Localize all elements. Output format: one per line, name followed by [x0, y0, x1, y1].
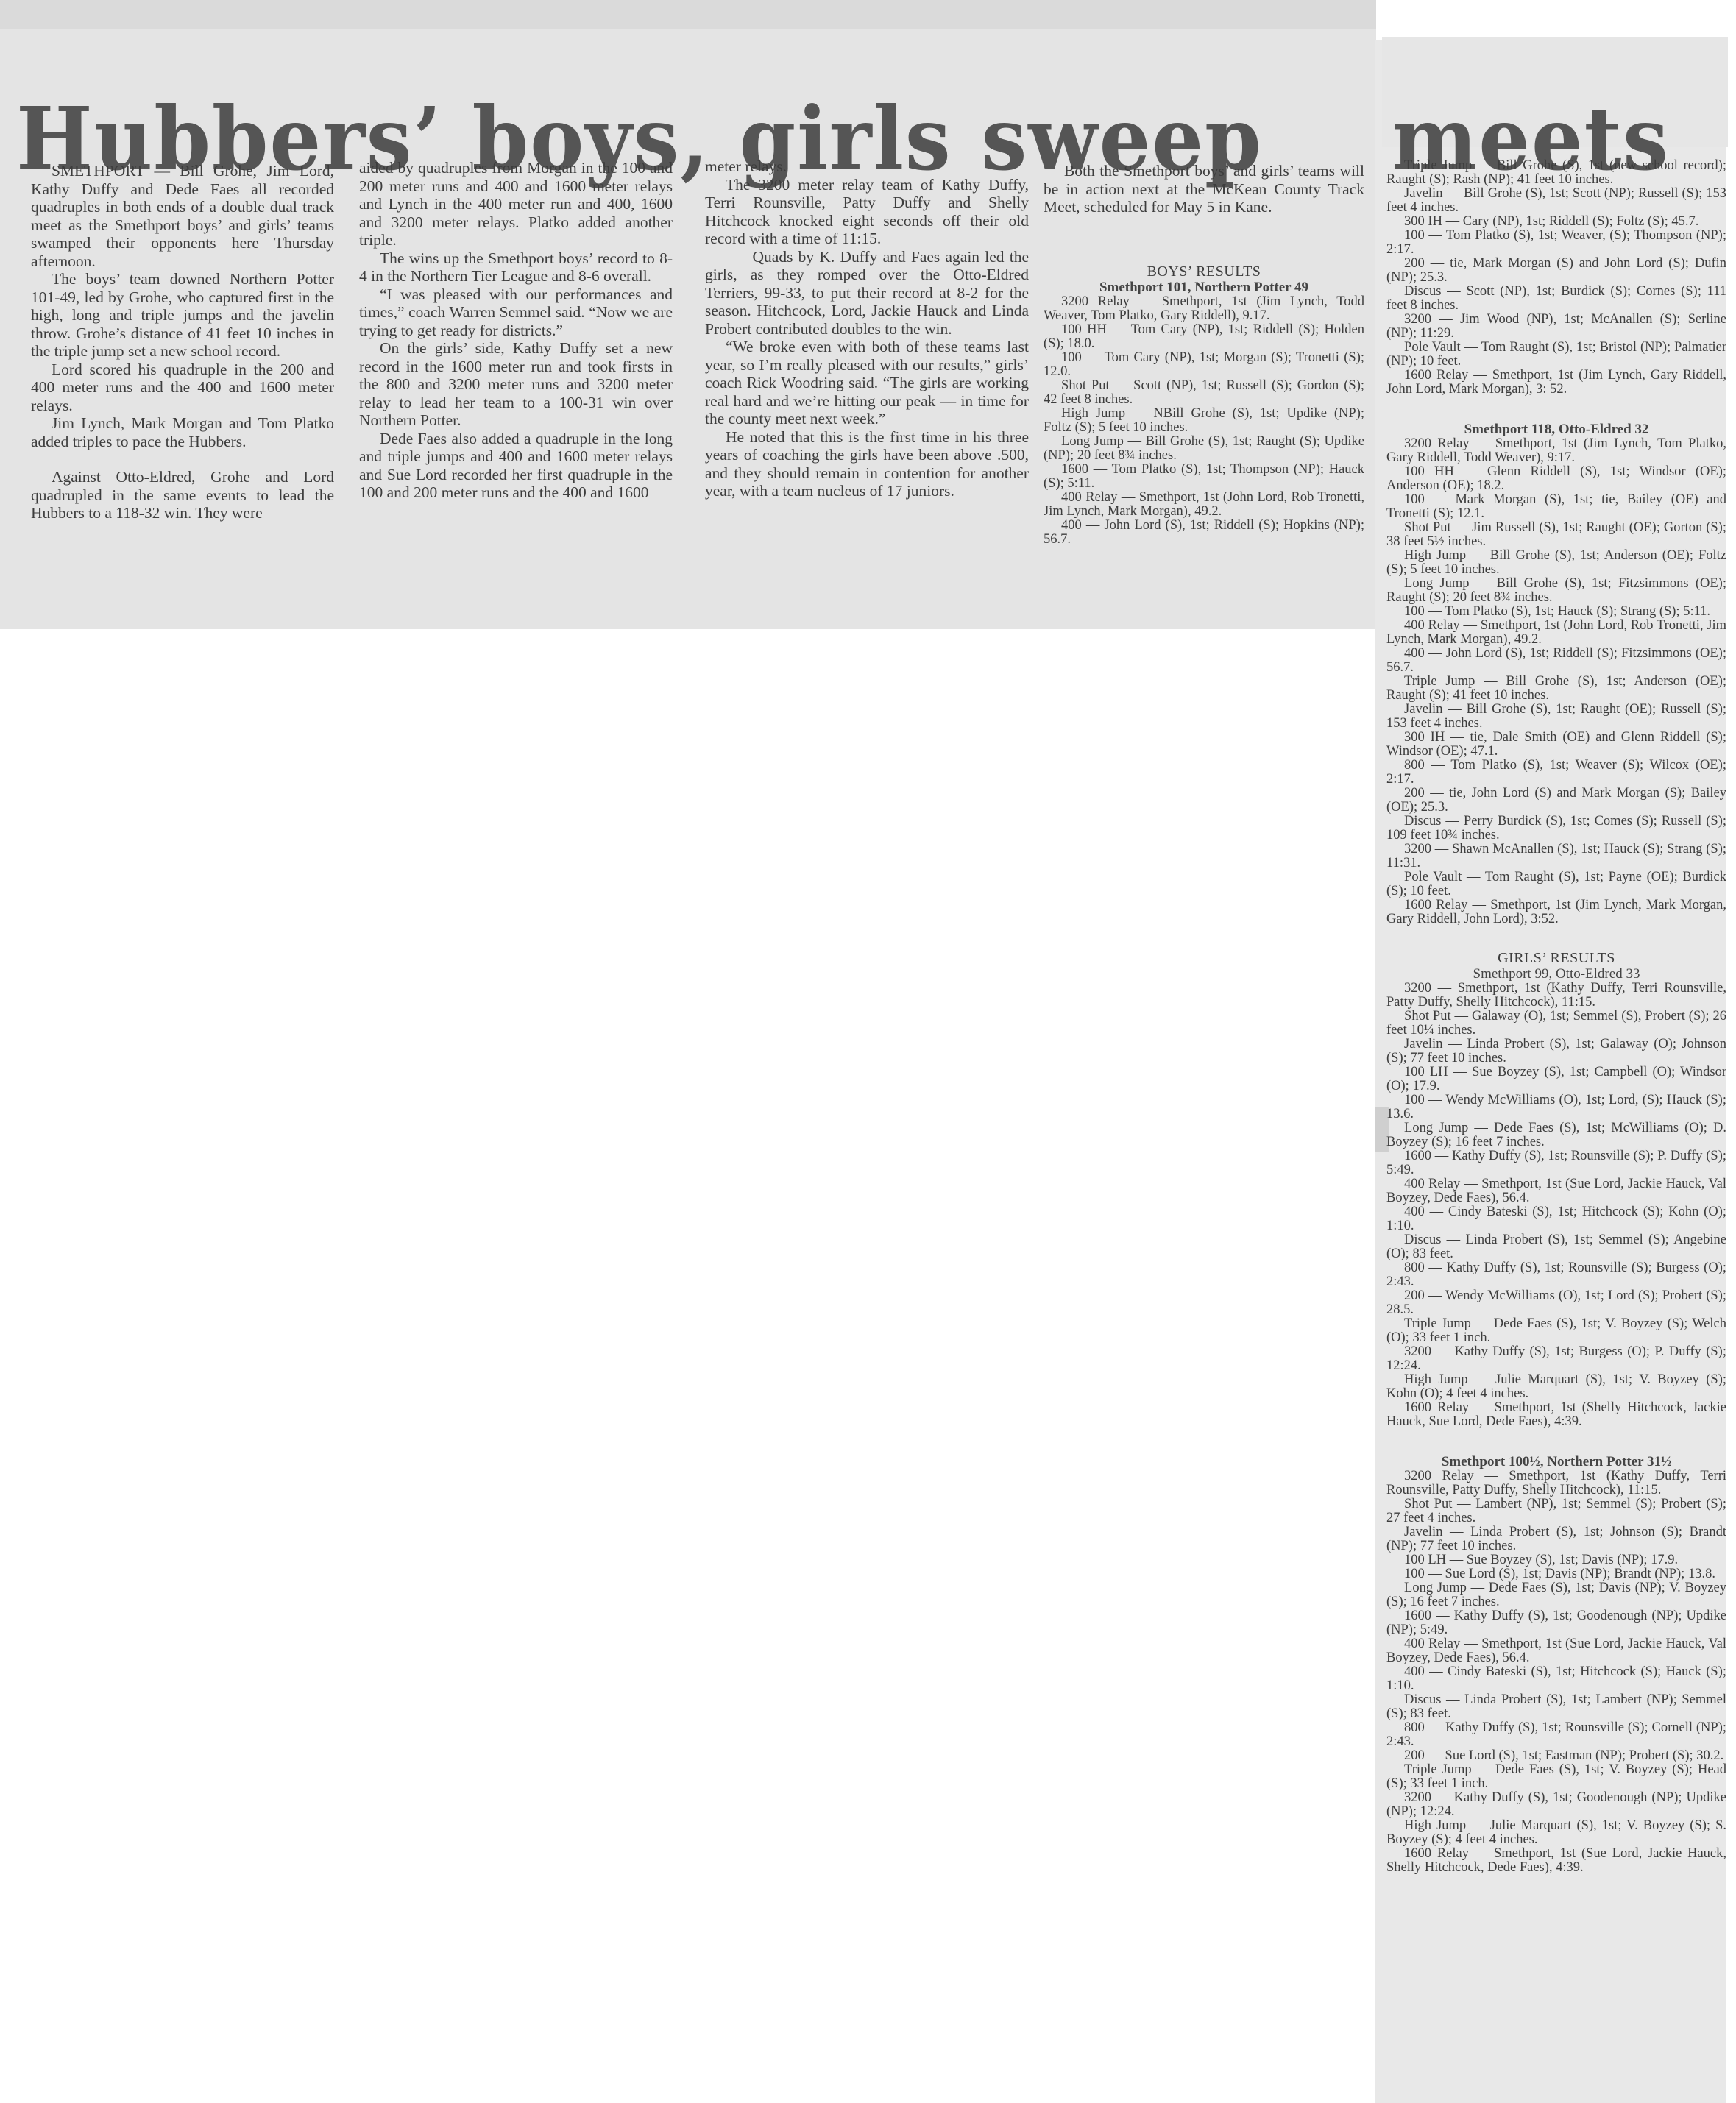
- story-column-3: meter relays. The 3200 meter relay team …: [705, 157, 1029, 500]
- result-line: 3200 — Shawn McAnallen (S), 1st; Hauck (…: [1386, 843, 1726, 870]
- story-paragraph: Quads by K. Duffy and Faes again led the…: [705, 248, 1029, 338]
- result-line: 100 — Tom Platko (S), 1st; Weaver, (S); …: [1386, 229, 1726, 257]
- result-line: 400 Relay — Smethport, 1st (John Lord, R…: [1044, 491, 1364, 519]
- story-paragraph: Dede Faes also added a quadruple in the …: [359, 430, 673, 502]
- result-line: 100 — Tom Cary (NP), 1st; Morgan (S); Tr…: [1044, 351, 1364, 379]
- result-line: 1600 Relay — Smethport, 1st (Jim Lynch, …: [1386, 369, 1726, 397]
- result-line: 400 Relay — Smethport, 1st (Sue Lord, Ja…: [1386, 1177, 1726, 1205]
- result-line: 100 LH — Sue Boyzey (S), 1st; Campbell (…: [1386, 1065, 1726, 1093]
- story-paragraph: Jim Lynch, Mark Morgan and Tom Platko ad…: [31, 414, 334, 450]
- result-line: 100 — Wendy McWilliams (O), 1st; Lord, (…: [1386, 1093, 1726, 1121]
- result-line: 400 — John Lord (S), 1st; Riddell (S); F…: [1386, 647, 1726, 675]
- story-paragraph: “We broke even with both of these teams …: [705, 338, 1029, 428]
- result-line: Shot Put — Scott (NP), 1st; Russell (S);…: [1044, 379, 1364, 407]
- meet-title: Smethport 101, Northern Potter 49: [1044, 280, 1364, 295]
- result-line: High Jump — NBill Grohe (S), 1st; Updike…: [1044, 407, 1364, 435]
- result-line: 100 HH — Glenn Riddell (S), 1st; Windsor…: [1386, 465, 1726, 493]
- result-line: Triple Jump — Bill Grohe (S), 1st (new s…: [1386, 159, 1726, 187]
- result-line: 3200 — Kathy Duffy (S), 1st; Burgess (O)…: [1386, 1345, 1726, 1373]
- story-column-4: Both the Smethport boys’ and girls’ team…: [1044, 162, 1364, 547]
- story-column-2: aided by quadruples from Morgan in the 1…: [359, 159, 673, 502]
- result-line: 1600 — Tom Platko (S), 1st; Thompson (NP…: [1044, 463, 1364, 491]
- result-line: Long Jump — Dede Faes (S), 1st; Davis (N…: [1386, 1581, 1726, 1609]
- result-line: 200 — tie, John Lord (S) and Mark Morgan…: [1386, 787, 1726, 815]
- result-line: Triple Jump — Bill Grohe (S), 1st; Ander…: [1386, 675, 1726, 703]
- result-line: 100 LH — Sue Boyzey (S), 1st; Davis (NP)…: [1386, 1553, 1726, 1567]
- story-paragraph: Lord scored his quadruple in the 200 and…: [31, 361, 334, 415]
- boys-results-heading: BOYS’ RESULTS: [1044, 263, 1364, 280]
- meet-title: Smethport 118, Otto-Eldred 32: [1386, 422, 1726, 437]
- result-line: High Jump — Julie Marquart (S), 1st; V. …: [1386, 1819, 1726, 1847]
- result-line: 1600 Relay — Smethport, 1st (Jim Lynch, …: [1386, 898, 1726, 926]
- result-line: 300 IH — Cary (NP), 1st; Riddell (S); Fo…: [1386, 215, 1726, 229]
- result-line: 800 — Tom Platko (S), 1st; Weaver (S); W…: [1386, 759, 1726, 787]
- story-paragraph: The 3200 meter relay team of Kathy Duffy…: [705, 176, 1029, 248]
- story-paragraph: “I was pleased with our performances and…: [359, 286, 673, 340]
- boys-results: BOYS’ RESULTS Smethport 101, Northern Po…: [1044, 263, 1364, 547]
- result-line: 3200 Relay — Smethport, 1st (Kathy Duffy…: [1386, 1469, 1726, 1497]
- result-line: 200 — Sue Lord (S), 1st; Eastman (NP); P…: [1386, 1749, 1726, 1763]
- result-line: Discus — Perry Burdick (S), 1st; Comes (…: [1386, 815, 1726, 843]
- result-line: 3200 — Jim Wood (NP), 1st; McAnallen (S)…: [1386, 313, 1726, 341]
- result-line: 3200 — Kathy Duffy (S), 1st; Goodenough …: [1386, 1791, 1726, 1819]
- meet-title: Smethport 99, Otto-Eldred 33: [1386, 966, 1726, 982]
- result-line: 400 Relay — Smethport, 1st (Sue Lord, Ja…: [1386, 1637, 1726, 1665]
- result-line: 1600 — Kathy Duffy (S), 1st; Goodenough …: [1386, 1609, 1726, 1637]
- result-line: Triple Jump — Dede Faes (S), 1st; V. Boy…: [1386, 1763, 1726, 1791]
- result-line: 100 — Mark Morgan (S), 1st; tie, Bailey …: [1386, 493, 1726, 521]
- result-line: Javelin — Linda Probert (S), 1st; Galawa…: [1386, 1038, 1726, 1065]
- result-line: Long Jump — Bill Grohe (S), 1st; Raught …: [1044, 435, 1364, 463]
- story-paragraph: meter relays.: [705, 157, 1029, 176]
- result-line: Javelin — Bill Grohe (S), 1st; Scott (NP…: [1386, 187, 1726, 215]
- result-line: 800 — Kathy Duffy (S), 1st; Rounsville (…: [1386, 1261, 1726, 1289]
- story-paragraph: aided by quadruples from Morgan in the 1…: [359, 159, 673, 249]
- result-line: 3200 Relay — Smethport, 1st (Jim Lynch, …: [1044, 295, 1364, 323]
- story-paragraph: The wins up the Smethport boys’ record t…: [359, 249, 673, 286]
- result-line: 100 HH — Tom Cary (NP), 1st; Riddell (S)…: [1044, 323, 1364, 351]
- result-line: Discus — Linda Probert (S), 1st; Lambert…: [1386, 1693, 1726, 1721]
- result-line: Long Jump — Bill Grohe (S), 1st; Fitzsim…: [1386, 577, 1726, 605]
- story-paragraph: SMETHPORT — Bill Grohe, Jim Lord, Kathy …: [31, 162, 334, 270]
- girls-results-heading: GIRLS’ RESULTS: [1386, 950, 1726, 966]
- results-column: Triple Jump — Bill Grohe (S), 1st (new s…: [1386, 159, 1726, 1875]
- result-line: 100 — Tom Platko (S), 1st; Hauck (S); St…: [1386, 605, 1726, 619]
- result-line: 400 Relay — Smethport, 1st (John Lord, R…: [1386, 619, 1726, 647]
- result-line: Triple Jump — Dede Faes (S), 1st; V. Boy…: [1386, 1317, 1726, 1345]
- result-line: Pole Vault — Tom Raught (S), 1st; Bristo…: [1386, 341, 1726, 369]
- result-line: Discus — Scott (NP), 1st; Burdick (S); C…: [1386, 285, 1726, 313]
- result-line: 3200 — Smethport, 1st (Kathy Duffy, Terr…: [1386, 982, 1726, 1010]
- result-line: High Jump — Bill Grohe (S), 1st; Anderso…: [1386, 549, 1726, 577]
- story-paragraph: The boys’ team downed Northern Potter 10…: [31, 270, 334, 361]
- result-line: Shot Put — Lambert (NP), 1st; Semmel (S)…: [1386, 1497, 1726, 1525]
- story-paragraph: He noted that this is the first time in …: [705, 428, 1029, 500]
- story-paragraph: Against Otto-Eldred, Grohe and Lord quad…: [31, 468, 334, 522]
- result-line: 1600 — Kathy Duffy (S), 1st; Rounsville …: [1386, 1149, 1726, 1177]
- result-line: Shot Put — Jim Russell (S), 1st; Raught …: [1386, 521, 1726, 549]
- result-line: 400 — Cindy Bateski (S), 1st; Hitchcock …: [1386, 1205, 1726, 1233]
- meet-title: Smethport 100½, Northern Potter 31½: [1386, 1454, 1726, 1469]
- result-line: 800 — Kathy Duffy (S), 1st; Rounsville (…: [1386, 1721, 1726, 1749]
- result-line: 200 — tie, Mark Morgan (S) and John Lord…: [1386, 257, 1726, 285]
- story-paragraph: Both the Smethport boys’ and girls’ team…: [1044, 162, 1364, 216]
- result-line: Javelin — Bill Grohe (S), 1st; Raught (O…: [1386, 703, 1726, 731]
- result-line: 1600 Relay — Smethport, 1st (Sue Lord, J…: [1386, 1847, 1726, 1875]
- result-line: 3200 Relay — Smethport, 1st (Jim Lynch, …: [1386, 437, 1726, 465]
- result-line: Pole Vault — Tom Raught (S), 1st; Payne …: [1386, 870, 1726, 898]
- result-line: 300 IH — tie, Dale Smith (OE) and Glenn …: [1386, 731, 1726, 759]
- result-line: 1600 Relay — Smethport, 1st (Shelly Hitc…: [1386, 1401, 1726, 1429]
- result-line: Javelin — Linda Probert (S), 1st; Johnso…: [1386, 1525, 1726, 1553]
- result-line: High Jump — Julie Marquart (S), 1st; V. …: [1386, 1373, 1726, 1401]
- story-paragraph: On the girls’ side, Kathy Duffy set a ne…: [359, 339, 673, 430]
- result-line: Discus — Linda Probert (S), 1st; Semmel …: [1386, 1233, 1726, 1261]
- result-line: 200 — Wendy McWilliams (O), 1st; Lord (S…: [1386, 1289, 1726, 1317]
- result-line: 100 — Sue Lord (S), 1st; Davis (NP); Bra…: [1386, 1567, 1726, 1581]
- result-line: Long Jump — Dede Faes (S), 1st; McWillia…: [1386, 1121, 1726, 1149]
- result-line: Shot Put — Galaway (O), 1st; Semmel (S),…: [1386, 1010, 1726, 1038]
- result-line: 400 — John Lord (S), 1st; Riddell (S); H…: [1044, 519, 1364, 547]
- story-column-1: SMETHPORT — Bill Grohe, Jim Lord, Kathy …: [31, 162, 334, 522]
- result-line: 400 — Cindy Bateski (S), 1st; Hitchcock …: [1386, 1665, 1726, 1693]
